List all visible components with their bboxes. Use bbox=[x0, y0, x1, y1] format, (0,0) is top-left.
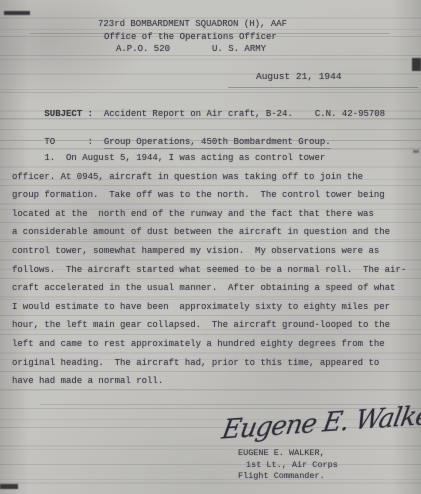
to-text: Group Operations, 450th Bombardment Grou… bbox=[104, 137, 331, 149]
army-label: U. S. ARMY bbox=[212, 43, 266, 56]
handwritten-signature: Eugene E. Walker bbox=[220, 400, 421, 446]
scan-artifact bbox=[4, 11, 30, 15]
body-line: original heading. The aircraft had, prio… bbox=[12, 354, 406, 373]
scan-streak bbox=[40, 404, 400, 405]
signer-typed-name: EUGENE E. WALKER, bbox=[238, 448, 338, 460]
unit-name: 723rd BOMBARDMENT SQUADRON (H), AAF bbox=[98, 18, 287, 31]
ruled-line bbox=[228, 87, 418, 88]
body-line: located at the north end of the runway a… bbox=[12, 205, 406, 224]
body-paragraph: 1. On August 5, 1944, I was acting as co… bbox=[12, 149, 406, 391]
body-line: officer. At 0945, aircraft in question w… bbox=[12, 168, 406, 187]
body-line: control tower, somewhat hampered my visi… bbox=[12, 242, 406, 261]
signer-rank: 1st Lt., Air Corps bbox=[238, 460, 338, 472]
document-date: August 21, 1944 bbox=[256, 71, 342, 82]
apo-number: A.P.O. 520 bbox=[116, 43, 170, 56]
body-line: have had made a normal roll. bbox=[12, 372, 406, 391]
scan-streak bbox=[30, 33, 390, 34]
body-line: craft accelerated in the usual manner. A… bbox=[12, 279, 406, 298]
typed-text-layer: 723rd BOMBARDMENT SQUADRON (H), AAF Offi… bbox=[0, 0, 421, 494]
subject-line: SUBJECT : Accident Report on Air craft, … bbox=[12, 99, 385, 129]
signature-block: EUGENE E. WALKER, 1st Lt., Air Corps Fli… bbox=[238, 448, 338, 483]
signer-title: Flight Commander. bbox=[238, 471, 338, 483]
to-label: TO : bbox=[44, 137, 93, 147]
body-line: I would estimate to have been approximat… bbox=[12, 298, 406, 317]
body-line: hour, the left main gear collapsed. The … bbox=[12, 316, 406, 335]
body-line: left and came to rest approximately a hu… bbox=[12, 335, 406, 354]
body-line: a considerable amount of dust between th… bbox=[12, 223, 406, 242]
body-line: group formation. Take off was to the nor… bbox=[12, 186, 406, 205]
ruled-line bbox=[0, 140, 421, 141]
scan-artifact bbox=[412, 58, 421, 71]
body-line: follows. The aircraft started what seeme… bbox=[12, 261, 406, 280]
scan-artifact bbox=[0, 484, 18, 489]
scanned-document-page: 723rd BOMBARDMENT SQUADRON (H), AAF Offi… bbox=[0, 0, 421, 494]
letterhead: 723rd BOMBARDMENT SQUADRON (H), AAF Offi… bbox=[98, 18, 287, 56]
body-line: 1. On August 5, 1944, I was acting as co… bbox=[12, 149, 406, 168]
scan-artifact bbox=[413, 150, 419, 153]
scan-streak bbox=[0, 118, 421, 119]
